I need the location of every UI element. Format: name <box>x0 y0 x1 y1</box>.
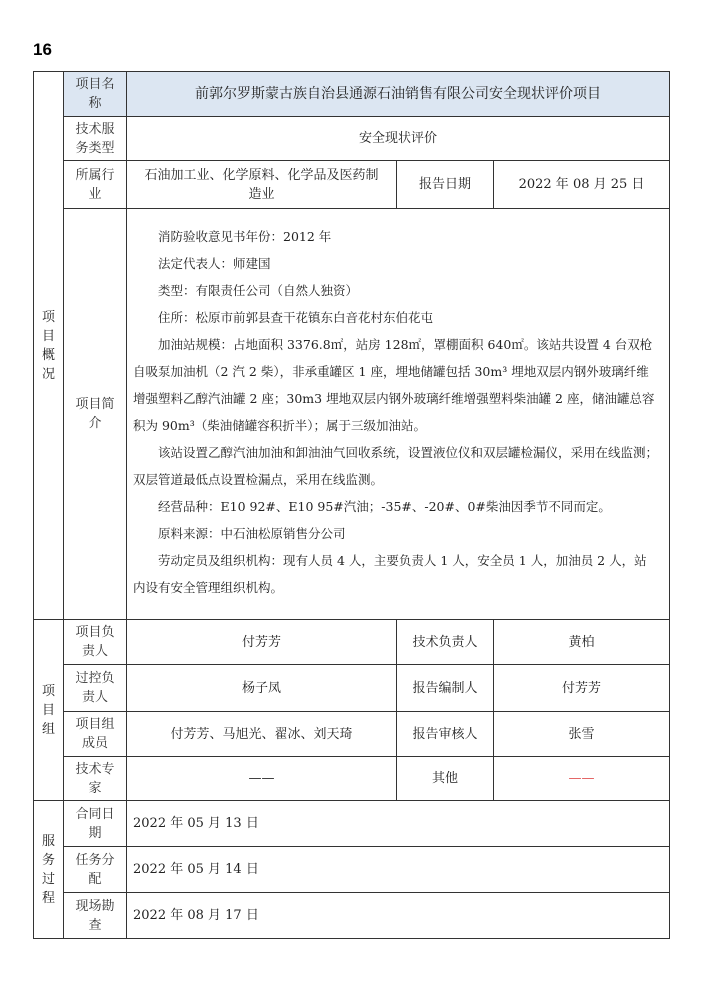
process-row: 服务过程 合同日期 2022 年 05 月 13 日 <box>34 801 670 847</box>
value-report-date: 2022 年 08 月 25 日 <box>494 161 670 209</box>
intro-paragraph: 加油站规模：占地面积 3376.8㎡，站房 128㎡，罩棚面积 640㎡。该站共… <box>133 331 659 439</box>
section-team: 项目组 <box>34 620 64 801</box>
value-tech-lead: 黄柏 <box>494 620 670 665</box>
intro-paragraph: 住所：松原市前郭县查干花镇东白音花村东伯花屯 <box>133 304 659 331</box>
project-info-table: 项目概况 项目名称 前郭尔罗斯蒙古族自治县通源石油销售有限公司安全现状评价项目 … <box>33 71 670 939</box>
row-industry: 所属行业 石油加工业、化学原料、化学品及医药制造业 报告日期 2022 年 08… <box>34 161 670 209</box>
label-service-type: 技术服务类型 <box>64 117 127 161</box>
intro-text: 消防验收意见书年份：2012 年 法定代表人：师建国 类型：有限责任公司（自然人… <box>127 209 670 620</box>
value-report-author: 付芳芳 <box>494 665 670 712</box>
value-team-members: 付芳芳、马旭光、翟冰、刘天琦 <box>127 712 397 757</box>
value-project-name: 前郭尔罗斯蒙古族自治县通源石油销售有限公司安全现状评价项目 <box>127 72 670 117</box>
process-row: 任务分配 2022 年 05 月 14 日 <box>34 847 670 893</box>
value-industry: 石油加工业、化学原料、化学品及医药制造业 <box>127 161 397 209</box>
section-overview: 项目概况 <box>34 72 64 620</box>
value-site-survey: 2022 年 08 月 17 日 <box>127 893 670 939</box>
row-service-type: 技术服务类型 安全现状评价 <box>34 117 670 161</box>
value-other: —— <box>494 757 670 801</box>
intro-paragraph: 劳动定员及组织机构：现有人员 4 人，主要负责人 1 人，安全员 1 人，加油员… <box>133 547 659 601</box>
team-row: 过控负责人 杨子凤 报告编制人 付芳芳 <box>34 665 670 712</box>
value-tech-expert: —— <box>127 757 397 801</box>
label-other: 其他 <box>397 757 494 801</box>
label-task-assignment: 任务分配 <box>64 847 127 893</box>
section-process: 服务过程 <box>34 801 64 939</box>
intro-paragraph: 法定代表人：师建国 <box>133 250 659 277</box>
label-tech-lead: 技术负责人 <box>397 620 494 665</box>
page-number: 16 <box>33 40 52 60</box>
row-intro: 项目简介 消防验收意见书年份：2012 年 法定代表人：师建国 类型：有限责任公… <box>34 209 670 620</box>
intro-paragraph: 该站设置乙醇汽油加油和卸油油气回收系统，设置液位仪和双层罐检漏仪，采用在线监测；… <box>133 439 659 493</box>
label-intro: 项目简介 <box>64 209 127 620</box>
intro-paragraph: 原料来源：中石油松原销售分公司 <box>133 520 659 547</box>
label-project-name: 项目名称 <box>64 72 127 117</box>
label-tech-expert: 技术专家 <box>64 757 127 801</box>
label-project-lead: 项目负责人 <box>64 620 127 665</box>
team-row: 项目组 项目负责人 付芳芳 技术负责人 黄柏 <box>34 620 670 665</box>
label-site-survey: 现场勘查 <box>64 893 127 939</box>
team-row: 项目组成员 付芳芳、马旭光、翟冰、刘天琦 报告审核人 张雪 <box>34 712 670 757</box>
label-process-lead: 过控负责人 <box>64 665 127 712</box>
value-report-reviewer: 张雪 <box>494 712 670 757</box>
label-industry: 所属行业 <box>64 161 127 209</box>
row-project-name: 项目概况 项目名称 前郭尔罗斯蒙古族自治县通源石油销售有限公司安全现状评价项目 <box>34 72 670 117</box>
label-team-members: 项目组成员 <box>64 712 127 757</box>
label-report-reviewer: 报告审核人 <box>397 712 494 757</box>
label-report-author: 报告编制人 <box>397 665 494 712</box>
label-contract-date: 合同日期 <box>64 801 127 847</box>
value-task-assignment: 2022 年 05 月 14 日 <box>127 847 670 893</box>
intro-paragraph: 经营品种：E10 92#、E10 95#汽油；-35#、-20#、0#柴油因季节… <box>133 493 659 520</box>
value-contract-date: 2022 年 05 月 13 日 <box>127 801 670 847</box>
intro-paragraph: 类型：有限责任公司（自然人独资） <box>133 277 659 304</box>
intro-paragraph: 消防验收意见书年份：2012 年 <box>133 223 659 250</box>
value-process-lead: 杨子凤 <box>127 665 397 712</box>
value-project-lead: 付芳芳 <box>127 620 397 665</box>
process-row: 现场勘查 2022 年 08 月 17 日 <box>34 893 670 939</box>
team-row: 技术专家 —— 其他 —— <box>34 757 670 801</box>
label-report-date: 报告日期 <box>397 161 494 209</box>
value-service-type: 安全现状评价 <box>127 117 670 161</box>
